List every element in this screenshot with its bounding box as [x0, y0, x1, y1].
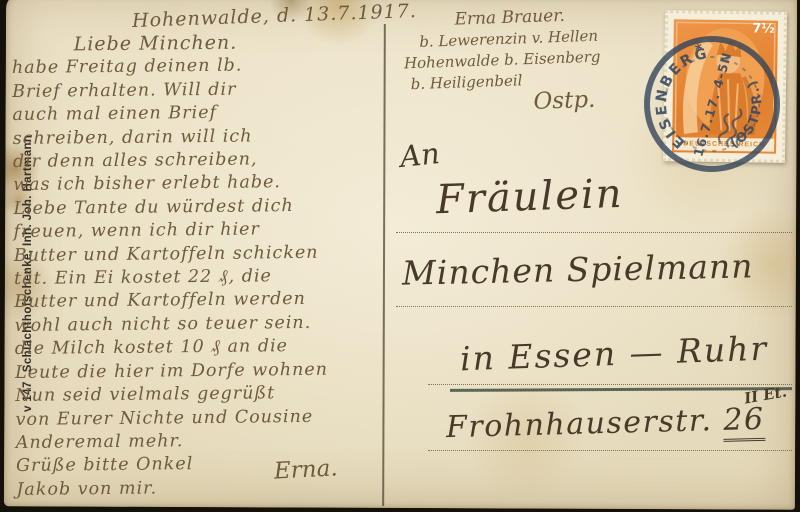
address-recipient-name: Minchen Spielmann	[402, 246, 754, 292]
sender-line: Ostp.	[533, 90, 602, 113]
address-prefix: An	[398, 136, 441, 174]
address-ruled-line	[428, 450, 792, 451]
scan-background: v 147Schlachthofschenke, Inh. Joh. Hartm…	[0, 0, 800, 512]
sender-block: Erna Brauer. b. Lewerenzin v. Hellen Hoh…	[402, 5, 602, 118]
signature: Erna.	[273, 455, 338, 484]
address-ruled-line	[428, 384, 792, 385]
message-block: Liebe Minchen. habe Freitag deinen lb. B…	[12, 30, 397, 502]
message-line: Jakob von mir.	[16, 475, 396, 502]
address-ruled-line	[396, 306, 792, 307]
house-number: 26	[723, 402, 765, 442]
address-honorific: Fräulein	[435, 171, 624, 224]
address-ruled-line	[396, 232, 792, 233]
street-name: Frohnhauserstr.	[446, 403, 713, 445]
